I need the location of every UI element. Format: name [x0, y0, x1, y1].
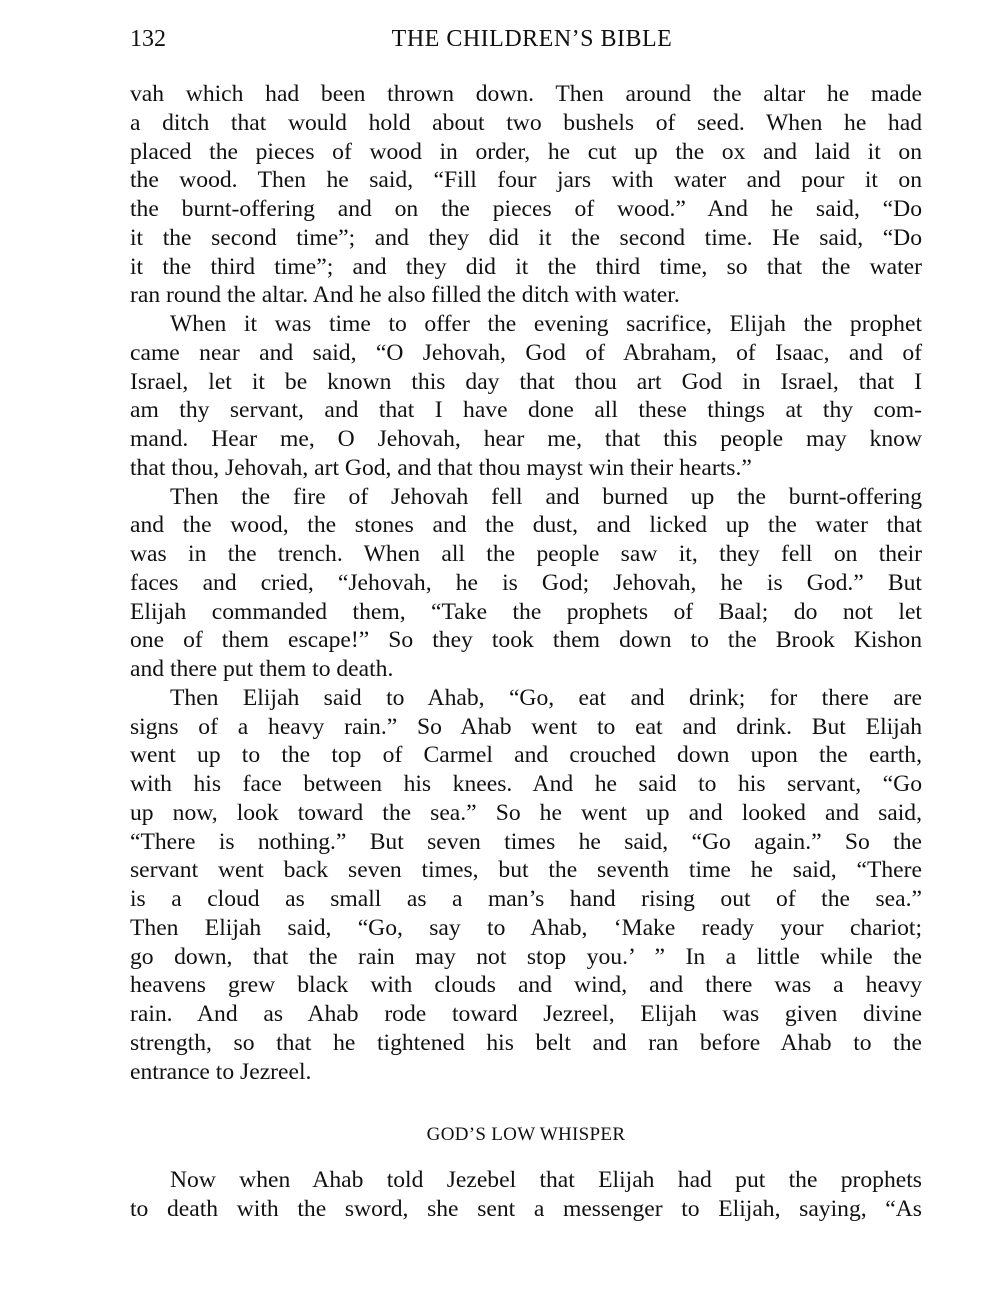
- text-line: “There is nothing.” But seven times he s…: [130, 828, 922, 857]
- text-line: is a cloud as small as a man’s hand risi…: [130, 885, 922, 914]
- running-title: THE CHILDREN’S BIBLE: [130, 26, 922, 53]
- text-line: placed the pieces of wood in order, he c…: [130, 138, 922, 167]
- text-line: When it was time to offer the evening sa…: [130, 310, 922, 339]
- text-line: signs of a heavy rain.” So Ahab went to …: [130, 713, 922, 742]
- text-line: and there put them to death.: [130, 655, 922, 684]
- text-line: rain. And as Ahab rode toward Jezreel, E…: [130, 1000, 922, 1029]
- text-line: came near and said, “O Jehovah, God of A…: [130, 339, 922, 368]
- body-text-continued: Now when Ahab told Jezebel that Elijah h…: [130, 1166, 922, 1224]
- text-line: the wood. Then he said, “Fill four jars …: [130, 166, 922, 195]
- text-line: Then Elijah said, “Go, say to Ahab, ‘Mak…: [130, 914, 922, 943]
- text-line: was in the trench. When all the people s…: [130, 540, 922, 569]
- text-line: Elijah commanded them, “Take the prophet…: [130, 598, 922, 627]
- text-line: entrance to Jezreel.: [130, 1058, 922, 1087]
- text-line: a ditch that would hold about two bushel…: [130, 109, 922, 138]
- text-line: go down, that the rain may not stop you.…: [130, 943, 922, 972]
- text-line: it the second time”; and they did it the…: [130, 224, 922, 253]
- text-line: vah which had been thrown down. Then aro…: [130, 80, 922, 109]
- text-line: strength, so that he tightened his belt …: [130, 1029, 922, 1058]
- text-line: the burnt-offering and on the pieces of …: [130, 195, 922, 224]
- text-line: am thy servant, and that I have done all…: [130, 396, 922, 425]
- text-line: heavens grew black with clouds and wind,…: [130, 971, 922, 1000]
- text-line: that thou, Jehovah, art God, and that th…: [130, 454, 922, 483]
- text-line: to death with the sword, she sent a mess…: [130, 1195, 922, 1224]
- text-line: one of them escape!” So they took them d…: [130, 626, 922, 655]
- text-line: Then Elijah said to Ahab, “Go, eat and d…: [130, 684, 922, 713]
- text-line: servant went back seven times, but the s…: [130, 856, 922, 885]
- text-line: Now when Ahab told Jezebel that Elijah h…: [130, 1166, 922, 1195]
- text-line: went up to the top of Carmel and crouche…: [130, 741, 922, 770]
- text-line: Israel, let it be known this day that th…: [130, 368, 922, 397]
- text-line: and the wood, the stones and the dust, a…: [130, 511, 922, 540]
- text-line: Then the fire of Jehovah fell and burned…: [130, 483, 922, 512]
- text-line: it the third time”; and they did it the …: [130, 253, 922, 282]
- text-line: with his face between his knees. And he …: [130, 770, 922, 799]
- text-line: mand. Hear me, O Jehovah, hear me, that …: [130, 425, 922, 454]
- text-line: up now, look toward the sea.” So he went…: [130, 799, 922, 828]
- page-header: 132 THE CHILDREN’S BIBLE: [130, 26, 922, 58]
- body-text: vah which had been thrown down. Then aro…: [130, 80, 922, 1086]
- text-line: ran round the altar. And he also filled …: [130, 281, 922, 310]
- text-line: faces and cried, “Jehovah, he is God; Je…: [130, 569, 922, 598]
- section-heading: GOD’S LOW WHISPER: [130, 1124, 922, 1146]
